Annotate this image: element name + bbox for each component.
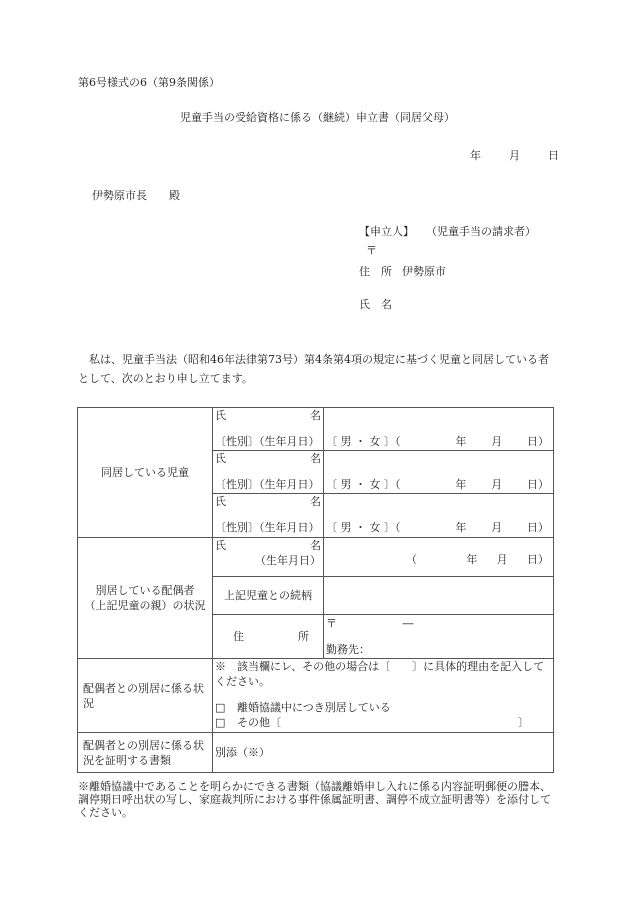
year-label: 年 [436, 552, 477, 567]
separation-instruction: ※ 該当欄にレ、その他の場合は〔 〕に具体的理由を記入してください。 [215, 659, 551, 689]
name-label-right: 名 [310, 451, 321, 466]
applicant-heading: 【申立人】（児童手当の請求者） [359, 225, 536, 240]
checkbox-icon[interactable]: □ [215, 700, 237, 715]
option-label: 離婚協議中につき別居している [237, 700, 391, 715]
name-label-left: 氏 [215, 494, 226, 509]
gender-birth-label: 〔性別〕（生年月日） [215, 423, 321, 449]
statement-text: 私は、児童手当法（昭和46年法律第73号）第4条第4項の規定に基づく児童と同居し… [78, 350, 556, 388]
document-title: 児童手当の受給資格に係る（継続）申立書（同居父母） [180, 111, 455, 126]
name-label-left: 氏 [215, 408, 226, 423]
addressee-name: 伊勢原市長 [92, 189, 147, 202]
option-close-bracket: 〕 [518, 715, 551, 730]
workplace-field[interactable]: 勤務先： [326, 631, 551, 657]
separation-label: 配偶者との別居に係る状況 [78, 659, 213, 733]
name-label-right: 名 [310, 538, 321, 553]
form-number: 第6号様式の6（第9条関係） [78, 76, 220, 91]
child-labels: 氏名 〔性別〕（生年月日） [213, 494, 324, 538]
address-label-left: 住 [233, 629, 244, 644]
year-label: 年 [425, 477, 466, 492]
addressee-honorific: 殿 [169, 189, 180, 202]
birth-open: （ [406, 552, 417, 567]
other-reason-field[interactable] [281, 715, 518, 730]
name-label-right: 名 [310, 408, 321, 423]
child-1-input[interactable]: 〔 男 ・ 女 〕（ 年 月 日） [324, 408, 554, 451]
checkbox-icon[interactable]: □ [215, 715, 237, 730]
day-label: 日 [548, 149, 559, 164]
spouse-label-line2: （上記児童の親）の状況 [80, 598, 210, 613]
proof-value: 別添（※） [213, 733, 554, 773]
address-label: 住 所 [359, 265, 392, 278]
address-value: 伊勢原市 [402, 265, 446, 278]
day-label: 日） [527, 477, 549, 492]
child-2-input[interactable]: 〔 男 ・ 女 〕（ 年 月 日） [324, 451, 554, 494]
day-label: 日） [527, 552, 549, 567]
relation-input[interactable] [324, 577, 554, 615]
month-label: 月 [491, 520, 502, 535]
gender-birth-label: 〔性別〕（生年月日） [215, 466, 321, 492]
separation-row: 配偶者との別居に係る状況 ※ 該当欄にレ、その他の場合は〔 〕に具体的理由を記入… [78, 659, 554, 733]
spouse-name-row: 別居している配偶者 （上記児童の親）の状況 氏名 （生年月日） （ 年 月 日） [78, 538, 554, 577]
applicant-address-field[interactable]: 住 所伊勢原市 [359, 265, 446, 280]
separation-details: ※ 該当欄にレ、その他の場合は〔 〕に具体的理由を記入してください。 □ 離婚協… [213, 659, 554, 733]
name-label-left: 氏 [215, 538, 226, 553]
applicant-name-field[interactable]: 氏 名 [359, 298, 392, 313]
year-label: 年 [425, 520, 466, 535]
option-other[interactable]: □ その他〔 〕 [215, 715, 551, 730]
month-label: 月 [497, 552, 508, 567]
month-label: 月 [491, 477, 502, 492]
spouse-label-line1: 別居している配偶者 [80, 583, 210, 598]
day-label: 日） [527, 434, 549, 449]
day-label: 日） [527, 520, 549, 535]
spouse-name-input[interactable]: （ 年 月 日） [324, 538, 554, 577]
year-label: 年 [470, 149, 481, 164]
gender-choice[interactable]: 〔 男 ・ 女 〕（ [326, 520, 401, 535]
proof-label: 配偶者との別居に係る状況を証明する書類 [78, 733, 213, 773]
children-section-label: 同居している児童 [78, 408, 213, 538]
applicant-label: 【申立人】 [359, 225, 414, 238]
option-label: その他〔 [237, 715, 281, 730]
child-3-input[interactable]: 〔 男 ・ 女 〕（ 年 月 日） [324, 494, 554, 538]
footnote: ※離婚協議中であることを明らかにできる書類（協議離婚申し入れに係る内容証明郵便の… [78, 780, 556, 819]
address-label-right: 所 [298, 629, 309, 644]
child-labels: 氏名 〔性別〕（生年月日） [213, 408, 324, 451]
spouse-name-labels: 氏名 （生年月日） [213, 538, 324, 577]
year-label: 年 [425, 434, 466, 449]
name-label: 氏 名 [359, 298, 392, 311]
spouse-address-labels: 住所 [213, 615, 324, 659]
proof-row: 配偶者との別居に係る状況を証明する書類 別添（※） [78, 733, 554, 773]
spouse-section-label: 別居している配偶者 （上記児童の親）の状況 [78, 538, 213, 659]
spouse-address-input[interactable]: 〒 ― 勤務先： [324, 615, 554, 659]
child-row: 同居している児童 氏名 〔性別〕（生年月日） 〔 男 ・ 女 〕（ 年 月 日） [78, 408, 554, 451]
applicant-note: （児童手当の請求者） [426, 225, 536, 238]
postal-dash: ― [341, 617, 414, 630]
addressee: 伊勢原市長殿 [92, 189, 180, 204]
application-table: 同居している児童 氏名 〔性別〕（生年月日） 〔 男 ・ 女 〕（ 年 月 日）… [77, 407, 554, 773]
gender-birth-label: 〔性別〕（生年月日） [215, 509, 321, 535]
name-label-left: 氏 [215, 451, 226, 466]
birth-label: （生年月日） [215, 553, 321, 568]
gender-choice[interactable]: 〔 男 ・ 女 〕（ [326, 434, 401, 449]
option-divorce-negotiation[interactable]: □ 離婚協議中につき別居している [215, 700, 551, 715]
applicant-postal-code-field[interactable]: 〒 [366, 244, 377, 259]
postal-mark: 〒 [326, 617, 337, 630]
name-label-right: 名 [310, 494, 321, 509]
month-label: 月 [491, 434, 502, 449]
date-line: 年月日 [470, 149, 559, 164]
relation-label: 上記児童との続柄 [213, 577, 324, 615]
gender-choice[interactable]: 〔 男 ・ 女 〕（ [326, 477, 401, 492]
month-label: 月 [509, 149, 520, 164]
child-labels: 氏名 〔性別〕（生年月日） [213, 451, 324, 494]
